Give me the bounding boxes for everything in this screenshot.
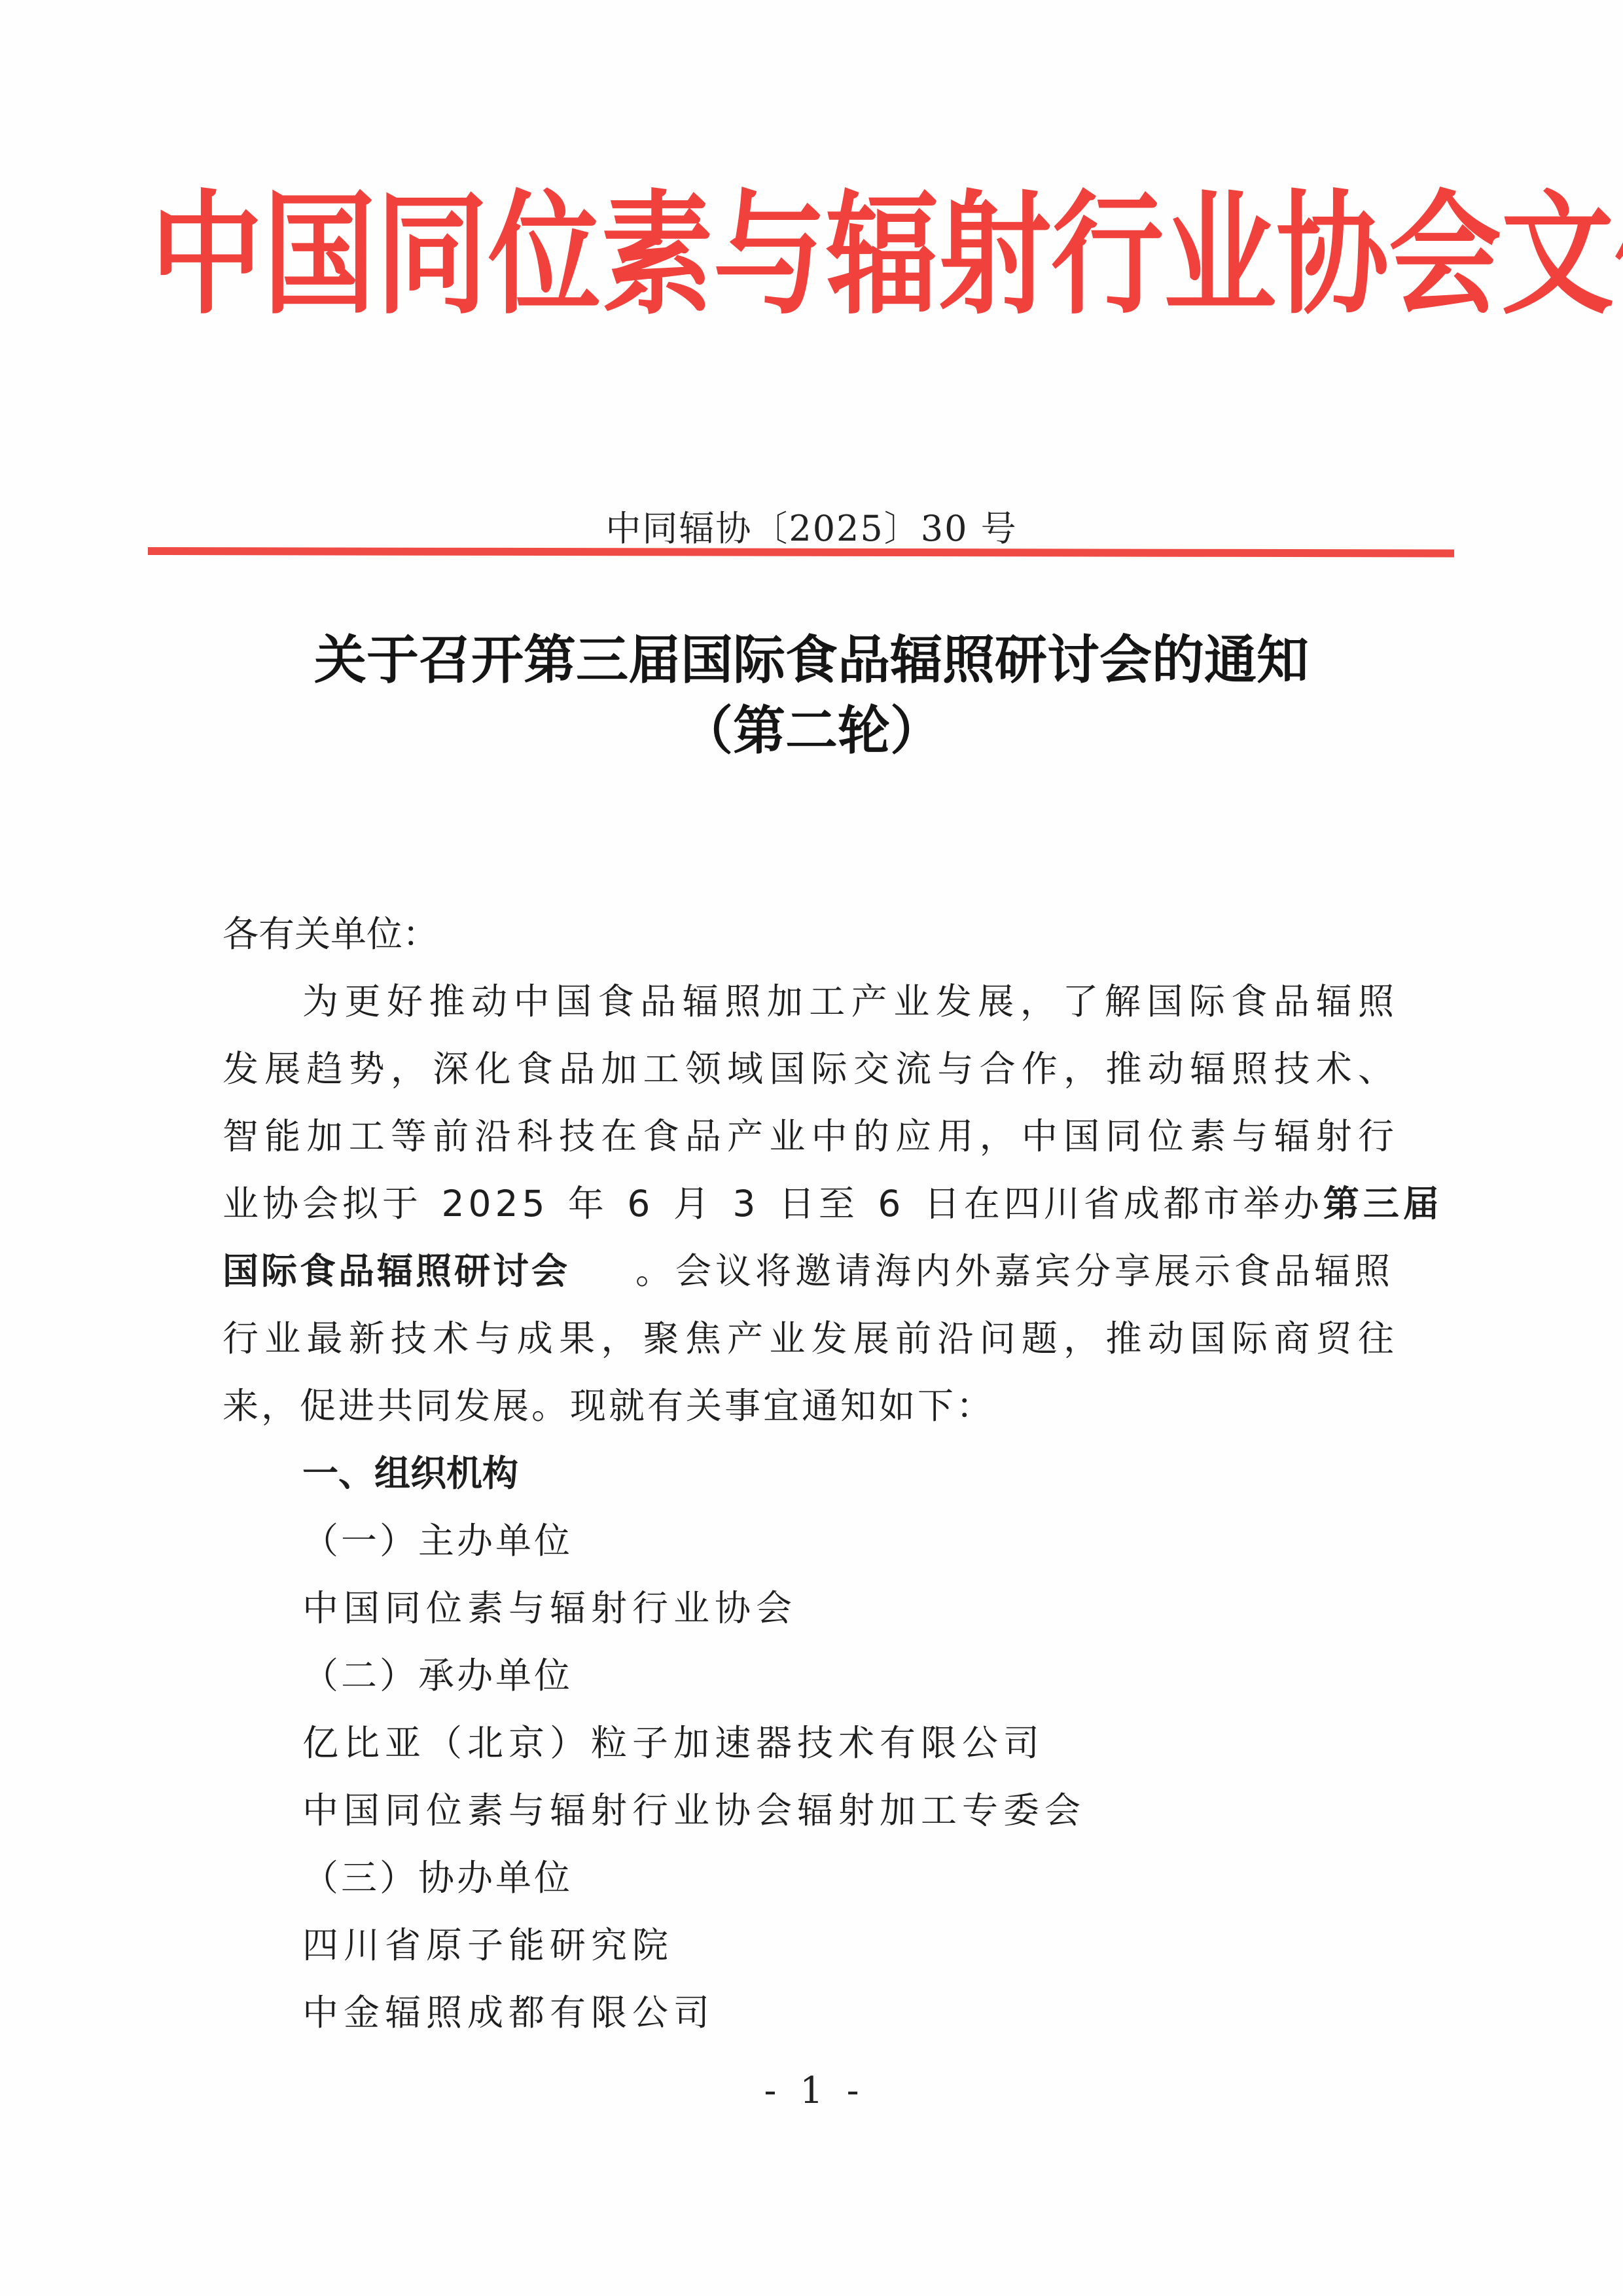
document-page: 中 国 同 位 素 与 辐 射 行 业 协 会 文 件 中同辐协〔2025〕30…: [0, 0, 1623, 2296]
host-organization: 中国同位素与辐射行业协会: [302, 1590, 1474, 1626]
event-name-emphasis: 第三届: [1323, 1186, 1443, 1222]
event-name-emphasis: 国际食品辐照研讨会: [223, 1253, 570, 1289]
header-char: 同: [376, 189, 488, 322]
paragraph-line: 行业最新技术与成果，聚焦产业发展前沿问题，推动国际商贸往: [223, 1321, 1394, 1357]
header-char: 辐: [826, 189, 938, 322]
paragraph-line: 为更好推动中国食品辐照加工产业发展，了解国际食品辐照: [302, 984, 1394, 1020]
subsection-host-label: （一）主办单位: [302, 1523, 1474, 1559]
header-char: 位: [488, 189, 601, 322]
header-char: 会: [1389, 189, 1501, 322]
header-char: 协: [1276, 189, 1389, 322]
organizer-item: 中国同位素与辐射行业协会辐射加工专委会: [302, 1793, 1474, 1829]
header-char: 国: [263, 189, 376, 322]
document-title: 关于召开第三届国际食品辐照研讨会的通知: [0, 634, 1623, 686]
organizer-item: 亿比亚（北京）粒子加速器技术有限公司: [302, 1725, 1474, 1761]
header-char: 件: [1614, 189, 1623, 322]
paragraph-line: 国际食品辐照研讨会。会议将邀请海内外嘉宾分享展示食品辐照: [223, 1253, 1394, 1289]
subsection-co-organizer-label: （三）协办单位: [302, 1860, 1474, 1896]
paragraph-line: 智能加工等前沿科技在食品产业中的应用，中国同位素与辐射行: [223, 1119, 1394, 1155]
header-char: 文: [1501, 189, 1614, 322]
header-char: 素: [601, 189, 713, 322]
paragraph-text: 业协会拟于 2025 年 6 月 3 日至 6 日在四川省成都市举办: [223, 1186, 1323, 1222]
paragraph-line: 发展趋势，深化食品加工领域国际交流与合作，推动辐照技术、: [223, 1051, 1394, 1087]
page-number: - 1 -: [0, 2070, 1623, 2112]
co-organizer-item: 四川省原子能研究院: [302, 1928, 1474, 1964]
document-subtitle: （第二轮）: [0, 704, 1623, 757]
salutation: 各有关单位：: [223, 916, 1394, 952]
co-organizer-item: 中金辐照成都有限公司: [302, 1995, 1474, 2031]
header-char: 与: [713, 189, 826, 322]
document-number: 中同辐协〔2025〕30 号: [0, 501, 1623, 551]
header-char: 业: [1164, 189, 1276, 322]
header-char: 中: [151, 189, 263, 322]
paragraph-line: 来，促进共同发展。现就有关事宜通知如下：: [223, 1388, 1394, 1424]
header-char: 射: [938, 189, 1051, 322]
paragraph-line: 业协会拟于 2025 年 6 月 3 日至 6 日在四川省成都市举办第三届: [223, 1186, 1394, 1222]
subsection-organizer-label: （二）承办单位: [302, 1658, 1474, 1694]
red-divider-rule: [148, 547, 1454, 557]
section-heading-organization: 一、组织机构: [302, 1456, 1474, 1492]
header-char: 行: [1051, 189, 1164, 322]
issuer-red-header: 中 国 同 位 素 与 辐 射 行 业 协 会 文 件: [151, 177, 1459, 334]
paragraph-text: 。会议将邀请海内外嘉宾分享展示食品辐照: [635, 1253, 1394, 1289]
